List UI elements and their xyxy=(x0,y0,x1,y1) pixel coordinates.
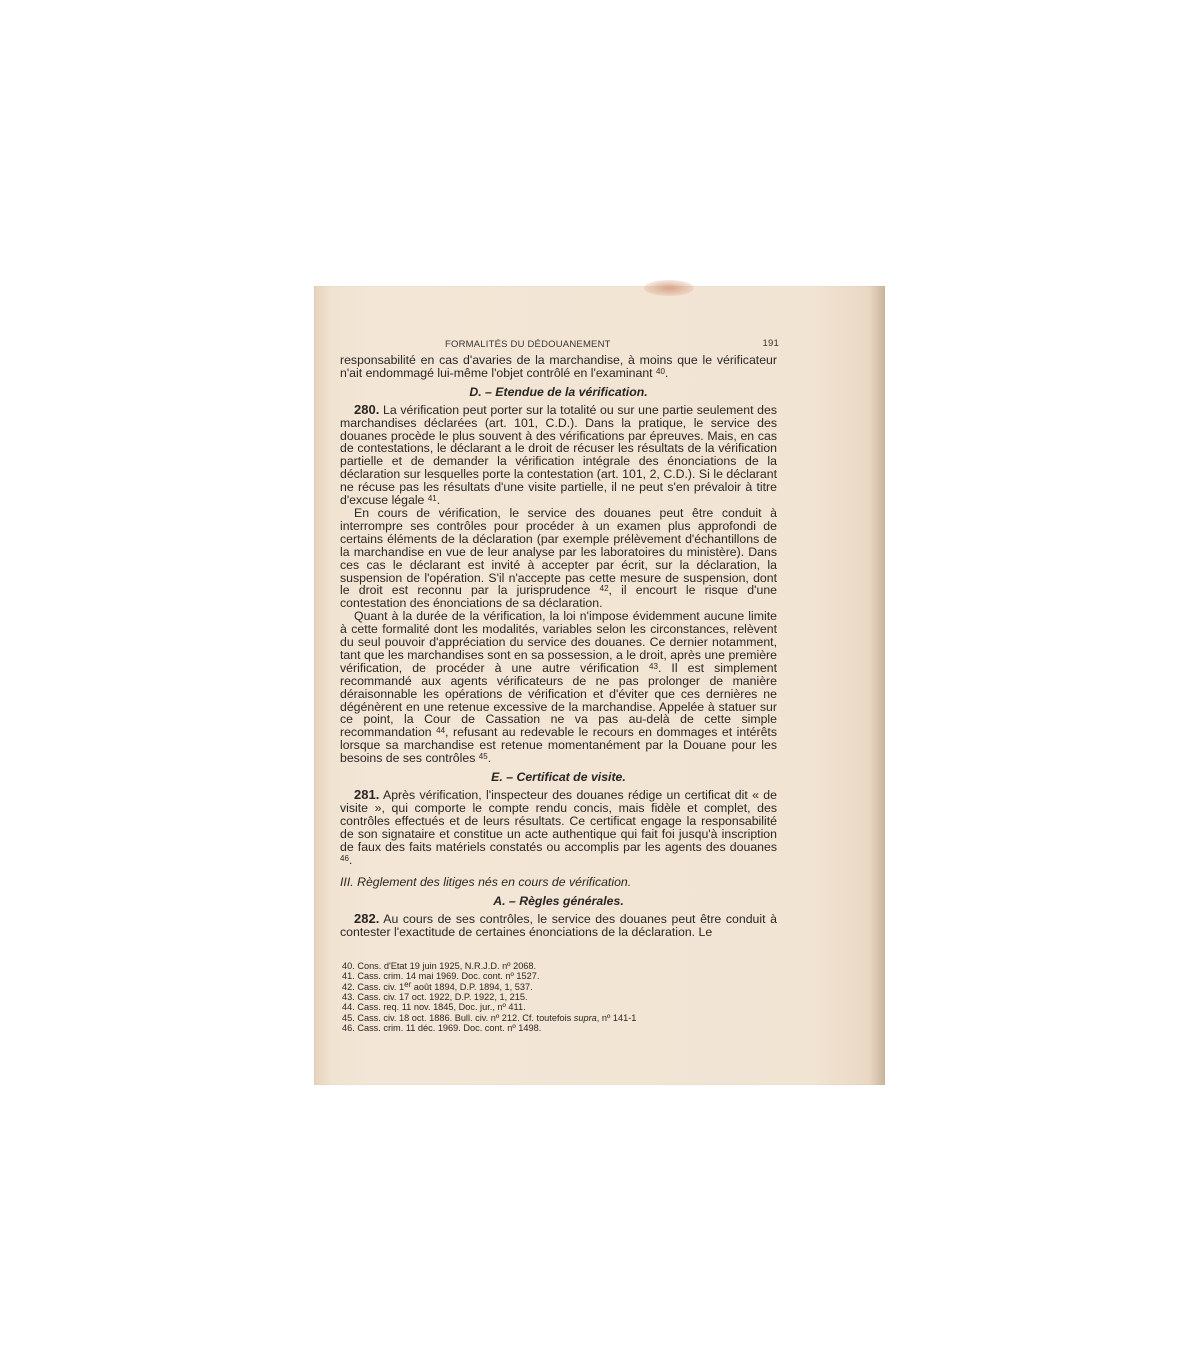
running-head-title: FORMALITÉS DU DÉDOUANEMENT xyxy=(445,339,611,352)
paragraph-continued: responsabilité en cas d'avaries de la ma… xyxy=(340,354,777,380)
section-heading-a: A. – Règles générales. xyxy=(340,895,777,908)
paragraph-text: Au cours de ses contrôles, le service de… xyxy=(340,912,777,939)
footnote-ref: 40 xyxy=(656,367,665,376)
footnote-46: 46. Cass. crim. 11 déc. 1969. Doc. cont.… xyxy=(342,1023,777,1033)
footnote-40: 40. Cons. d'Etat 19 juin 1925, N.R.J.D. … xyxy=(342,961,777,971)
paragraph-end: . xyxy=(349,853,352,867)
paragraph-280-b: En cours de vérification, le service des… xyxy=(340,507,777,610)
footnote-text: 45. Cass. civ. 18 oct. 1886. Bull. civ. … xyxy=(342,1013,574,1023)
footnotes: 40. Cons. d'Etat 19 juin 1925, N.R.J.D. … xyxy=(340,961,777,1033)
paragraph-end: . xyxy=(665,366,668,380)
section-heading-e: E. – Certificat de visite. xyxy=(340,771,777,784)
paragraph-text: responsabilité en cas d'avaries de la ma… xyxy=(340,353,777,380)
page-content: FORMALITÉS DU DÉDOUANEMENT 191 responsab… xyxy=(340,336,777,1033)
footnote-text: août 1894, D.P. 1894, 1, 537. xyxy=(411,982,532,992)
running-head: FORMALITÉS DU DÉDOUANEMENT 191 xyxy=(340,336,777,350)
footnote-text: 42. Cass. civ. 1 xyxy=(342,982,404,992)
paragraph-number: 280. xyxy=(354,402,379,417)
footnote-ref: 43 xyxy=(649,662,658,671)
paragraph-number: 281. xyxy=(354,787,379,802)
footnote-43: 43. Cass. civ. 17 oct. 1922, D.P. 1922, … xyxy=(342,992,777,1002)
footnote-45: 45. Cass. civ. 18 oct. 1886. Bull. civ. … xyxy=(342,1013,777,1023)
paragraph-end: . xyxy=(488,751,491,765)
footnote-44: 44. Cass. req. 11 nov. 1845, Doc. jur., … xyxy=(342,1002,777,1012)
paragraph-281: 281. Après vérification, l'inspecteur de… xyxy=(340,789,777,866)
footnote-ref: 45 xyxy=(479,752,488,761)
footnote-ref: 44 xyxy=(436,726,445,735)
paragraph-280: 280. La vérification peut porter sur la … xyxy=(340,404,777,507)
section-heading-d: D. – Etendue de la vérification. xyxy=(340,386,777,399)
paragraph-end: . xyxy=(437,493,440,507)
footnote-ref: 41 xyxy=(428,494,437,503)
book-page: FORMALITÉS DU DÉDOUANEMENT 191 responsab… xyxy=(314,286,885,1085)
footnote-ref: 42 xyxy=(600,584,609,593)
paragraph-280-c: Quant à la durée de la vérification, la … xyxy=(340,610,777,765)
subsection-heading-iii: III. Règlement des litiges nés en cours … xyxy=(340,876,777,889)
footnote-42: 42. Cass. civ. 1er août 1894, D.P. 1894,… xyxy=(342,982,777,992)
footnote-italic: supra xyxy=(574,1013,597,1023)
page-number: 191 xyxy=(763,338,779,351)
paragraph-number: 282. xyxy=(354,911,379,926)
paragraph-282: 282. Au cours de ses contrôles, le servi… xyxy=(340,913,777,939)
paragraph-text: La vérification peut porter sur la total… xyxy=(340,403,777,507)
footnote-text: , nº 141-1 xyxy=(597,1013,637,1023)
page-stain xyxy=(644,280,694,296)
paragraph-text: Après vérification, l'inspecteur des dou… xyxy=(340,788,777,854)
footnote-ref: 46 xyxy=(340,854,349,863)
